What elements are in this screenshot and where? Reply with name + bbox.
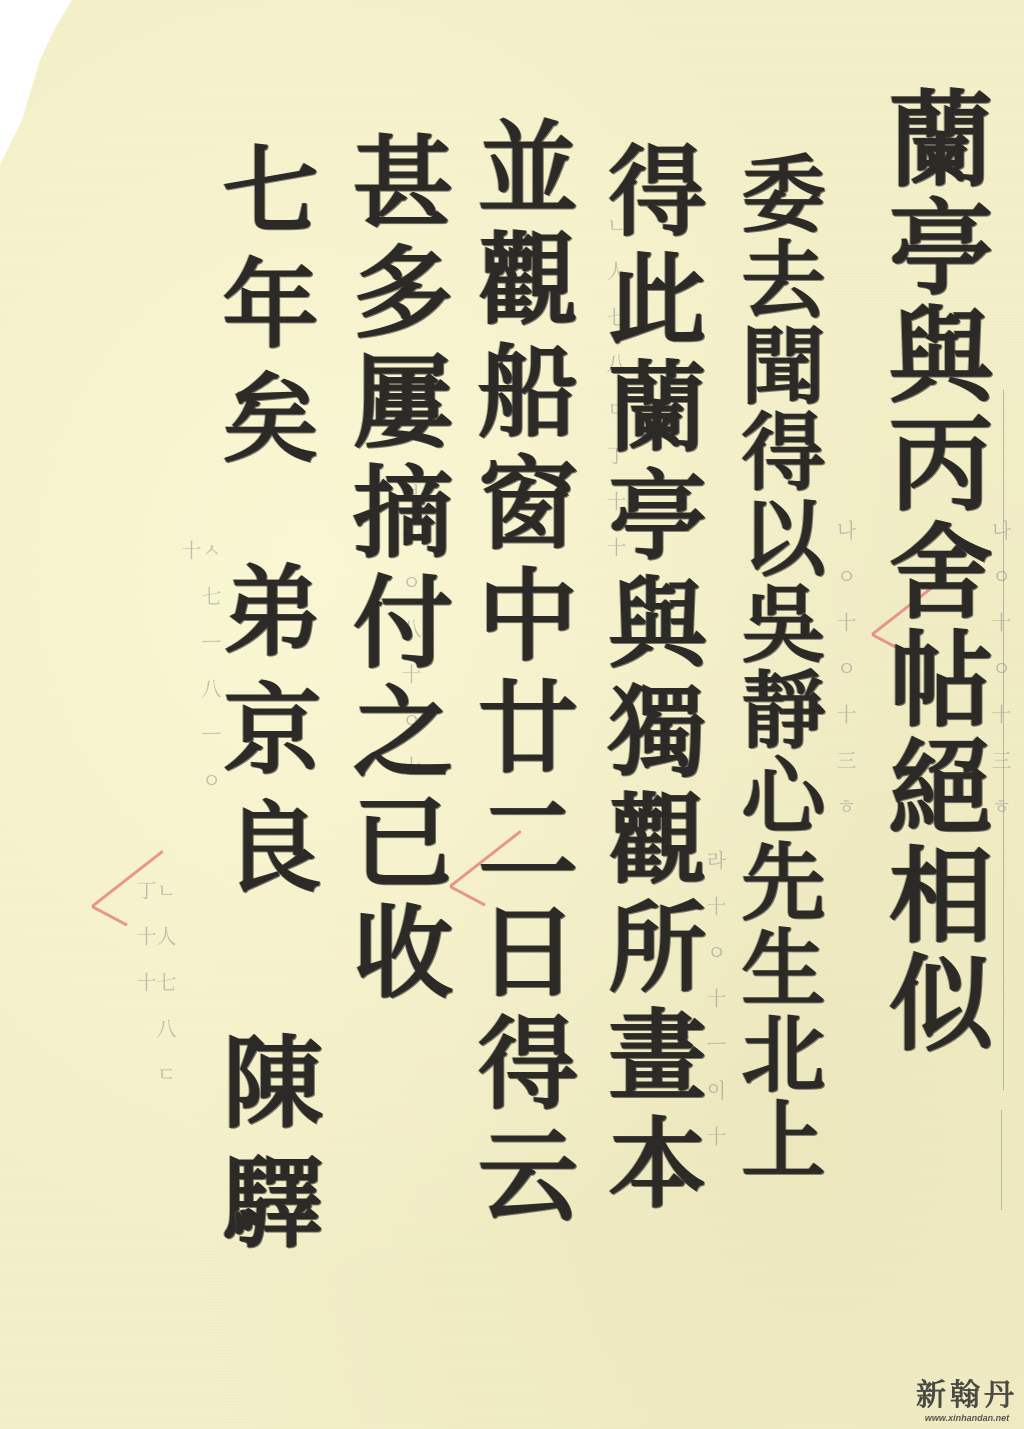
pencil-annotation: 나 ㅇ 十 ㅇ 十 三 ㅎ <box>835 520 855 940</box>
watermark-title: 新翰丹 <box>916 1381 1018 1411</box>
pencil-guideline <box>1001 1110 1002 1210</box>
signature: 陳驛 <box>215 1030 315 1270</box>
watermark: 新翰丹 www.xinhandan.net <box>916 1381 1018 1423</box>
pencil-annotation: 라 十 ㅇ 十 ㅡ 이 十 <box>705 850 725 1150</box>
calligraphy-column-1: 蘭亭與丙舍帖絕相似 <box>880 85 984 1057</box>
calligraphy-column-2: 委去聞得以吳靜心先生北上 <box>735 150 819 1182</box>
pencil-guideline <box>1003 390 1004 1090</box>
watermark-url: www.xinhandan.net <box>916 1413 1018 1423</box>
signature-prefix: 弟京良 <box>215 560 313 914</box>
calligraphy-column-3: 得此蘭亭與獨觀所畫本 <box>600 140 698 1220</box>
pencil-annotation: ㄴ 人 七 八 ㄷ 丁 十 十 <box>135 880 175 1100</box>
calligraphy-column-5: 甚多屢摘付之已收 <box>345 130 445 1010</box>
calligraphy-column-4: 並觀船窗中廿二日得云 <box>470 115 570 1235</box>
calligraphy-column-6: 七年矣 <box>215 140 311 482</box>
letter-paper: ㄴ 人 七 八 ㄷ 丁 十 十 나 ㅇ 十 ㅇ 十 三 ㅎ ㅅ 七 ㅡ 八 ㅡ … <box>0 0 1024 1429</box>
